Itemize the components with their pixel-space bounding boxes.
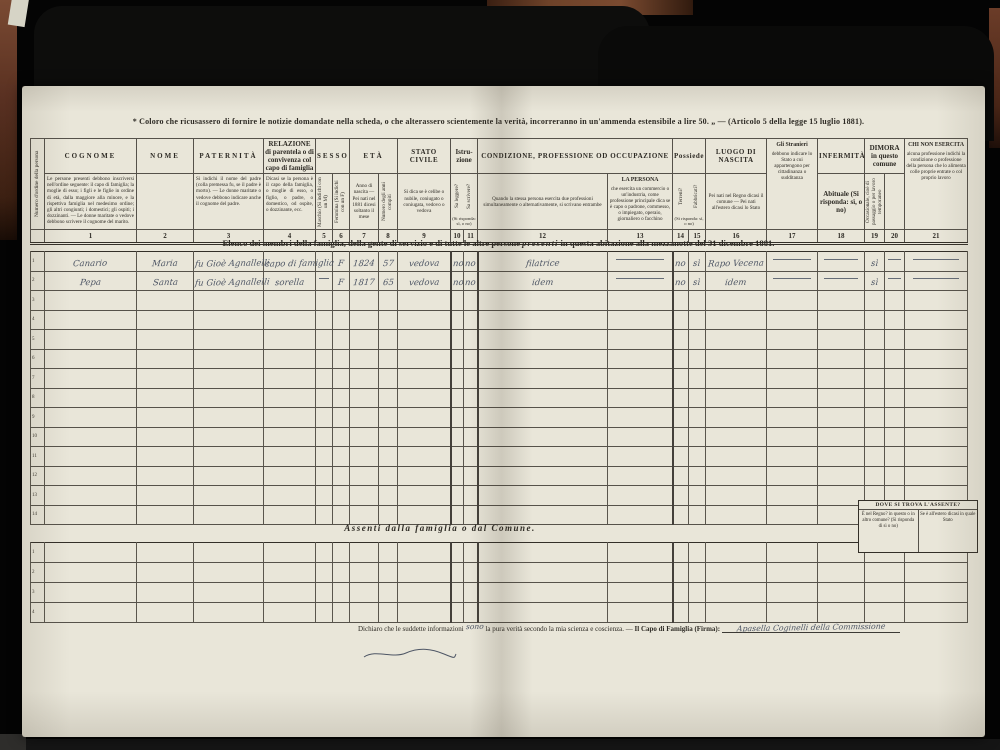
cell-scrive — [464, 330, 478, 350]
handwritten-entry: Canario — [73, 259, 108, 268]
row-number: 7 — [31, 369, 45, 389]
signature-line: Apasella Coginelli della Commissione — [722, 624, 900, 633]
cell-nome — [137, 330, 194, 350]
cell-scrive — [464, 583, 478, 603]
cell-anni — [379, 563, 398, 583]
cell-m — [316, 310, 333, 330]
cell-fabbricati — [689, 349, 706, 369]
cell-legge — [451, 583, 464, 603]
cell-m — [316, 291, 333, 311]
cell-cognome: Canario — [45, 252, 137, 272]
handwritten-entry: idem — [725, 279, 747, 288]
cell-infermita — [818, 252, 865, 272]
cell-terreni — [673, 330, 689, 350]
cell-persona — [608, 388, 673, 408]
cell-professione — [478, 427, 608, 447]
dove-regno-cell: È nel Regno? in questo o in altro comune… — [859, 510, 919, 552]
cell-abituale — [865, 427, 885, 447]
cell-chi — [905, 252, 968, 272]
cell-scrive — [464, 369, 478, 389]
cell-scrive — [464, 310, 478, 330]
cell-terreni — [673, 563, 689, 583]
cell-anni — [379, 408, 398, 428]
cell-relazione — [264, 505, 316, 525]
cell-paternita — [194, 369, 264, 389]
cell-straniero — [767, 543, 818, 563]
cell-relazione — [264, 563, 316, 583]
cell-f — [333, 466, 350, 486]
handwritten-dash — [888, 259, 901, 260]
record-row: 4 — [31, 310, 968, 330]
cell-fabbricati — [689, 369, 706, 389]
cell-stato — [398, 330, 451, 350]
dove-estero-cell: Se è all'estero dicasi in quale Stato — [919, 510, 978, 552]
cell-nome — [137, 563, 194, 583]
cell-persona — [608, 427, 673, 447]
cell-terreni — [673, 310, 689, 330]
row-number: 3 — [31, 583, 45, 603]
cell-stato: vedova — [398, 271, 451, 291]
col-eta-title: ETÀ — [350, 139, 398, 174]
cell-anno — [350, 349, 379, 369]
cell-anno — [350, 583, 379, 603]
cell-fabbricati: sì — [689, 252, 706, 272]
cell-legge — [451, 427, 464, 447]
cell-professione — [478, 447, 608, 467]
record-row: 11 — [31, 447, 968, 467]
cell-fabbricati — [689, 543, 706, 563]
cell-abituale — [865, 447, 885, 467]
cell-relazione — [264, 583, 316, 603]
cell-nome — [137, 349, 194, 369]
record-row: 10 — [31, 427, 968, 447]
cell-terreni — [673, 543, 689, 563]
cell-anni — [379, 330, 398, 350]
cell-abituale — [865, 408, 885, 428]
row-number: 2 — [31, 563, 45, 583]
cell-stato — [398, 310, 451, 330]
handwritten-dash — [888, 278, 901, 279]
cell-stato — [398, 603, 451, 623]
cell-occasionale — [885, 447, 905, 467]
col-chi-non-esercita: CHI NON ESERCITA alcuna professione indi… — [905, 139, 968, 230]
fabbricati-label: Fabbricati? — [694, 178, 700, 214]
col-stato-civile-title: STATO CIVILE — [398, 139, 451, 174]
cell-straniero — [767, 310, 818, 330]
cell-cognome — [45, 505, 137, 525]
cell-luogo — [706, 563, 767, 583]
cell-relazione: capo di famiglia — [264, 252, 316, 272]
cell-f — [333, 330, 350, 350]
cell-terreni — [673, 291, 689, 311]
cell-scrive — [464, 563, 478, 583]
cell-infermita — [818, 427, 865, 447]
cell-professione: filatrice — [478, 252, 608, 272]
handwritten-entry: sì — [870, 259, 878, 268]
cell-terreni — [673, 408, 689, 428]
cell-anni — [379, 310, 398, 330]
cell-cognome — [45, 466, 137, 486]
record-row: 14 — [31, 505, 968, 525]
cell-occasionale — [885, 252, 905, 272]
cell-scrive — [464, 291, 478, 311]
cell-fabbricati — [689, 330, 706, 350]
cell-relazione: sorella — [264, 271, 316, 291]
cell-dove-estero — [905, 603, 968, 623]
cell-nome — [137, 408, 194, 428]
handwritten-entry: Santa — [152, 279, 178, 288]
cell-professione — [478, 388, 608, 408]
cell-infermita — [818, 466, 865, 486]
cell-persona — [608, 466, 673, 486]
cell-professione — [478, 505, 608, 525]
cell-scrive: no — [464, 252, 478, 272]
cell-straniero — [767, 252, 818, 272]
cell-anno — [350, 563, 379, 583]
cell-straniero — [767, 349, 818, 369]
cell-professione — [478, 466, 608, 486]
cell-nome — [137, 603, 194, 623]
declaration-line: Dichiaro che le suddette informazionison… — [358, 624, 970, 633]
cell-professione — [478, 369, 608, 389]
row-number: 1 — [31, 252, 45, 272]
cell-terreni: no — [673, 252, 689, 272]
luogo-nascita-desc: Pei nati nel Regno dicasi il comune — Pe… — [706, 174, 767, 230]
cell-legge — [451, 349, 464, 369]
record-row: 3 — [31, 583, 968, 603]
cell-terreni — [673, 388, 689, 408]
cell-professione: idem — [478, 271, 608, 291]
cell-relazione — [264, 486, 316, 506]
handwritten-dash — [913, 259, 960, 260]
cell-paternita — [194, 505, 264, 525]
assenti-section-title: Assenti dalla famiglia o dal Comune. — [180, 523, 700, 533]
sa-leggere-label: Sa leggere? — [455, 178, 461, 214]
penalty-warning-line: * Coloro che ricusassero di fornire le n… — [30, 117, 967, 126]
cell-occasionale — [885, 310, 905, 330]
cell-chi — [905, 466, 968, 486]
cell-scrive — [464, 543, 478, 563]
cell-luogo — [706, 408, 767, 428]
cell-m — [316, 369, 333, 389]
cell-persona — [608, 271, 673, 291]
cell-stato — [398, 563, 451, 583]
cell-legge: no — [451, 252, 464, 272]
cell-straniero — [767, 271, 818, 291]
row-number: 1 — [31, 543, 45, 563]
cell-luogo — [706, 543, 767, 563]
handwritten-entry: idem — [532, 279, 554, 288]
record-row: 6 — [31, 349, 968, 369]
cell-paternita: fu Gioè Agnallelli — [194, 252, 264, 272]
cell-fabbricati — [689, 388, 706, 408]
census-form: * Coloro che ricusassero di fornire le n… — [30, 86, 967, 737]
cell-paternita — [194, 330, 264, 350]
handwritten-entry: sorella — [274, 279, 304, 288]
cell-fabbricati — [689, 310, 706, 330]
cell-abituale — [865, 369, 885, 389]
cell-fabbricati — [689, 583, 706, 603]
cell-luogo — [706, 349, 767, 369]
cell-straniero — [767, 486, 818, 506]
handwritten-dash — [824, 278, 858, 279]
cell-persona — [608, 349, 673, 369]
cell-chi — [905, 271, 968, 291]
cell-nome — [137, 466, 194, 486]
cell-relazione — [264, 349, 316, 369]
cell-persona — [608, 583, 673, 603]
cell-cognome — [45, 388, 137, 408]
cell-straniero — [767, 603, 818, 623]
cell-scrive — [464, 447, 478, 467]
handwritten-entry: F — [338, 279, 345, 288]
col-nome-title: NOME — [137, 139, 194, 174]
istruzione-subcols: Sa leggere? Sa scrivere? (Si risponda: s… — [451, 174, 478, 230]
cell-relazione — [264, 603, 316, 623]
cell-anno: 1824 — [350, 252, 379, 272]
cell-abituale — [865, 310, 885, 330]
possiede-subcols: Terreni? Fabbricati? (Si risponda: sì, o… — [673, 174, 706, 230]
cell-nome — [137, 583, 194, 603]
record-row: 12 — [31, 466, 968, 486]
sesso-maschio: Maschio (Si indichi con un M) — [316, 174, 333, 230]
cell-anno — [350, 427, 379, 447]
cell-infermita — [818, 603, 865, 623]
cell-relazione — [264, 466, 316, 486]
cell-stato — [398, 466, 451, 486]
cell-abituale — [865, 291, 885, 311]
cell-anni — [379, 388, 398, 408]
cell-cognome — [45, 310, 137, 330]
cell-stato — [398, 505, 451, 525]
cell-anni — [379, 447, 398, 467]
cell-occasionale — [885, 291, 905, 311]
handwritten-dash — [824, 259, 858, 260]
cell-cognome — [45, 563, 137, 583]
cell-stato — [398, 427, 451, 447]
handwritten-entry: 57 — [382, 259, 394, 268]
row-number: 5 — [31, 330, 45, 350]
dimora-occasionale: Occasionale, cioè di passaggio o per lav… — [865, 174, 885, 230]
cell-luogo — [706, 583, 767, 603]
cell-anni — [379, 583, 398, 603]
cell-m — [316, 603, 333, 623]
cell-nome: Maria — [137, 252, 194, 272]
row-number: 9 — [31, 408, 45, 428]
cell-scrive — [464, 408, 478, 428]
cell-professione — [478, 310, 608, 330]
cell-stato: vedova — [398, 252, 451, 272]
cell-fabbricati — [689, 447, 706, 467]
cell-cognome — [45, 427, 137, 447]
handwritten-entry: sì — [870, 279, 878, 288]
handwritten-entry: Pepa — [80, 279, 102, 288]
cell-dove-regno — [865, 603, 905, 623]
cell-relazione — [264, 330, 316, 350]
col-cognome-title: COGNOME — [45, 139, 137, 174]
cell-luogo: Rapo Vecena — [706, 252, 767, 272]
cell-chi — [905, 369, 968, 389]
cell-legge — [451, 291, 464, 311]
cell-m — [316, 505, 333, 525]
handwritten-entry: fu Gioè Agnallelli — [194, 278, 269, 288]
cell-anno — [350, 291, 379, 311]
cell-cognome — [45, 291, 137, 311]
cell-abituale: sì — [865, 271, 885, 291]
cell-abituale — [865, 330, 885, 350]
cell-infermita — [818, 583, 865, 603]
cell-anno — [350, 369, 379, 389]
handwritten-entry: Rapo Vecena — [708, 259, 765, 268]
cell-infermita — [818, 330, 865, 350]
firma-label: Il Capo di Famiglia (Firma): — [635, 625, 721, 633]
cell-infermita — [818, 563, 865, 583]
cell-terreni: no — [673, 271, 689, 291]
col-infermita-title: INFERMITÀ — [818, 139, 865, 174]
cell-paternita — [194, 603, 264, 623]
cell-nome — [137, 369, 194, 389]
cell-occasionale — [885, 369, 905, 389]
cell-persona — [608, 486, 673, 506]
handwritten-entry: capo di famiglia — [264, 259, 334, 269]
cell-legge — [451, 369, 464, 389]
header-table: Numero d'ordine della persona COGNOME NO… — [30, 138, 968, 245]
col-istruzione-title: Istru-zione — [451, 139, 478, 174]
cell-paternita — [194, 447, 264, 467]
inserted-word: sono — [465, 623, 484, 631]
cell-stato — [398, 291, 451, 311]
cell-relazione — [264, 291, 316, 311]
stato-civile-desc: Si dica se è celibe o nubile, coniugato … — [398, 174, 451, 230]
cell-m — [316, 271, 333, 291]
cell-persona — [608, 408, 673, 428]
handwritten-entry: sì — [693, 259, 701, 268]
cell-f — [333, 543, 350, 563]
cell-luogo — [706, 388, 767, 408]
cell-anni — [379, 603, 398, 623]
record-row: 13 — [31, 486, 968, 506]
cell-chi — [905, 427, 968, 447]
cell-relazione — [264, 447, 316, 467]
cell-legge — [451, 447, 464, 467]
cell-chi — [905, 349, 968, 369]
record-row: 3 — [31, 291, 968, 311]
cell-anni: 65 — [379, 271, 398, 291]
cell-professione — [478, 603, 608, 623]
cell-f — [333, 369, 350, 389]
cell-paternita: fu Gioè Agnallelli — [194, 271, 264, 291]
col-condizione-title: CONDIZIONE, PROFESSIONE OD OCCUPAZIONE — [478, 139, 673, 174]
cell-f: F — [333, 252, 350, 272]
cell-paternita — [194, 388, 264, 408]
cell-anno — [350, 310, 379, 330]
cell-m — [316, 486, 333, 506]
cell-abituale — [865, 349, 885, 369]
record-row: 9 — [31, 408, 968, 428]
cell-infermita — [818, 369, 865, 389]
cell-infermita — [818, 447, 865, 467]
cell-chi — [905, 447, 968, 467]
cell-fabbricati — [689, 505, 706, 525]
col-dimora-title: DIMORA in questo comune — [865, 139, 905, 174]
cell-infermita — [818, 349, 865, 369]
cell-persona — [608, 447, 673, 467]
row-number: 8 — [31, 388, 45, 408]
col-relazione-title: RELAZIONE di parentela o di convivenza c… — [264, 139, 316, 174]
cell-relazione — [264, 427, 316, 447]
cell-chi — [905, 388, 968, 408]
row-number: 11 — [31, 447, 45, 467]
cell-stato — [398, 486, 451, 506]
photo-of-census-form: { "palette":{"paper":"#e9e6d9","ink":"#2… — [0, 0, 1000, 750]
cell-persona — [608, 310, 673, 330]
cell-f: F — [333, 271, 350, 291]
cell-occasionale — [885, 408, 905, 428]
cell-m — [316, 563, 333, 583]
assenti-record-table: 1234 — [30, 542, 968, 623]
cell-f — [333, 388, 350, 408]
handwritten-entry: 1817 — [353, 279, 376, 288]
cell-dove-estero — [905, 563, 968, 583]
cell-straniero — [767, 447, 818, 467]
eta-anno-desc: Anno di nascita — Pei nati nel 1881 dice… — [350, 174, 379, 230]
handwritten-dash — [773, 278, 810, 279]
pen-flourish — [362, 646, 458, 662]
cell-professione — [478, 486, 608, 506]
cell-straniero — [767, 369, 818, 389]
handwritten-dash — [616, 278, 664, 279]
table-edge-bottom — [0, 739, 1000, 750]
cell-persona — [608, 603, 673, 623]
record-row: 1CanarioMariafu Gioè Agnallellicapo di f… — [31, 252, 968, 272]
handwritten-entry: fu Gioè Agnallelli — [194, 259, 269, 269]
cell-terreni — [673, 447, 689, 467]
cell-terreni — [673, 427, 689, 447]
cell-nome — [137, 310, 194, 330]
cell-nome — [137, 505, 194, 525]
cell-professione — [478, 583, 608, 603]
cell-terreni — [673, 486, 689, 506]
cell-legge — [451, 486, 464, 506]
cell-m — [316, 408, 333, 428]
cell-relazione — [264, 310, 316, 330]
cell-cognome — [45, 583, 137, 603]
cell-scrive — [464, 427, 478, 447]
cell-straniero — [767, 388, 818, 408]
cell-professione — [478, 543, 608, 563]
row-number: 3 — [31, 291, 45, 311]
handwritten-entry: no — [452, 279, 464, 288]
sa-scrivere-label: Sa scrivere? — [467, 178, 473, 214]
cell-legge — [451, 505, 464, 525]
cell-straniero — [767, 408, 818, 428]
cell-m — [316, 349, 333, 369]
row-number: 10 — [31, 427, 45, 447]
cell-luogo: idem — [706, 271, 767, 291]
cell-legge — [451, 330, 464, 350]
cell-fabbricati — [689, 563, 706, 583]
cell-scrive — [464, 349, 478, 369]
cell-chi — [905, 330, 968, 350]
cell-legge — [451, 388, 464, 408]
cell-persona — [608, 369, 673, 389]
handwritten-entry: vedova — [408, 279, 439, 288]
cell-terreni — [673, 369, 689, 389]
cell-dove-regno — [865, 583, 905, 603]
cell-f — [333, 427, 350, 447]
cell-chi — [905, 408, 968, 428]
cell-luogo — [706, 486, 767, 506]
